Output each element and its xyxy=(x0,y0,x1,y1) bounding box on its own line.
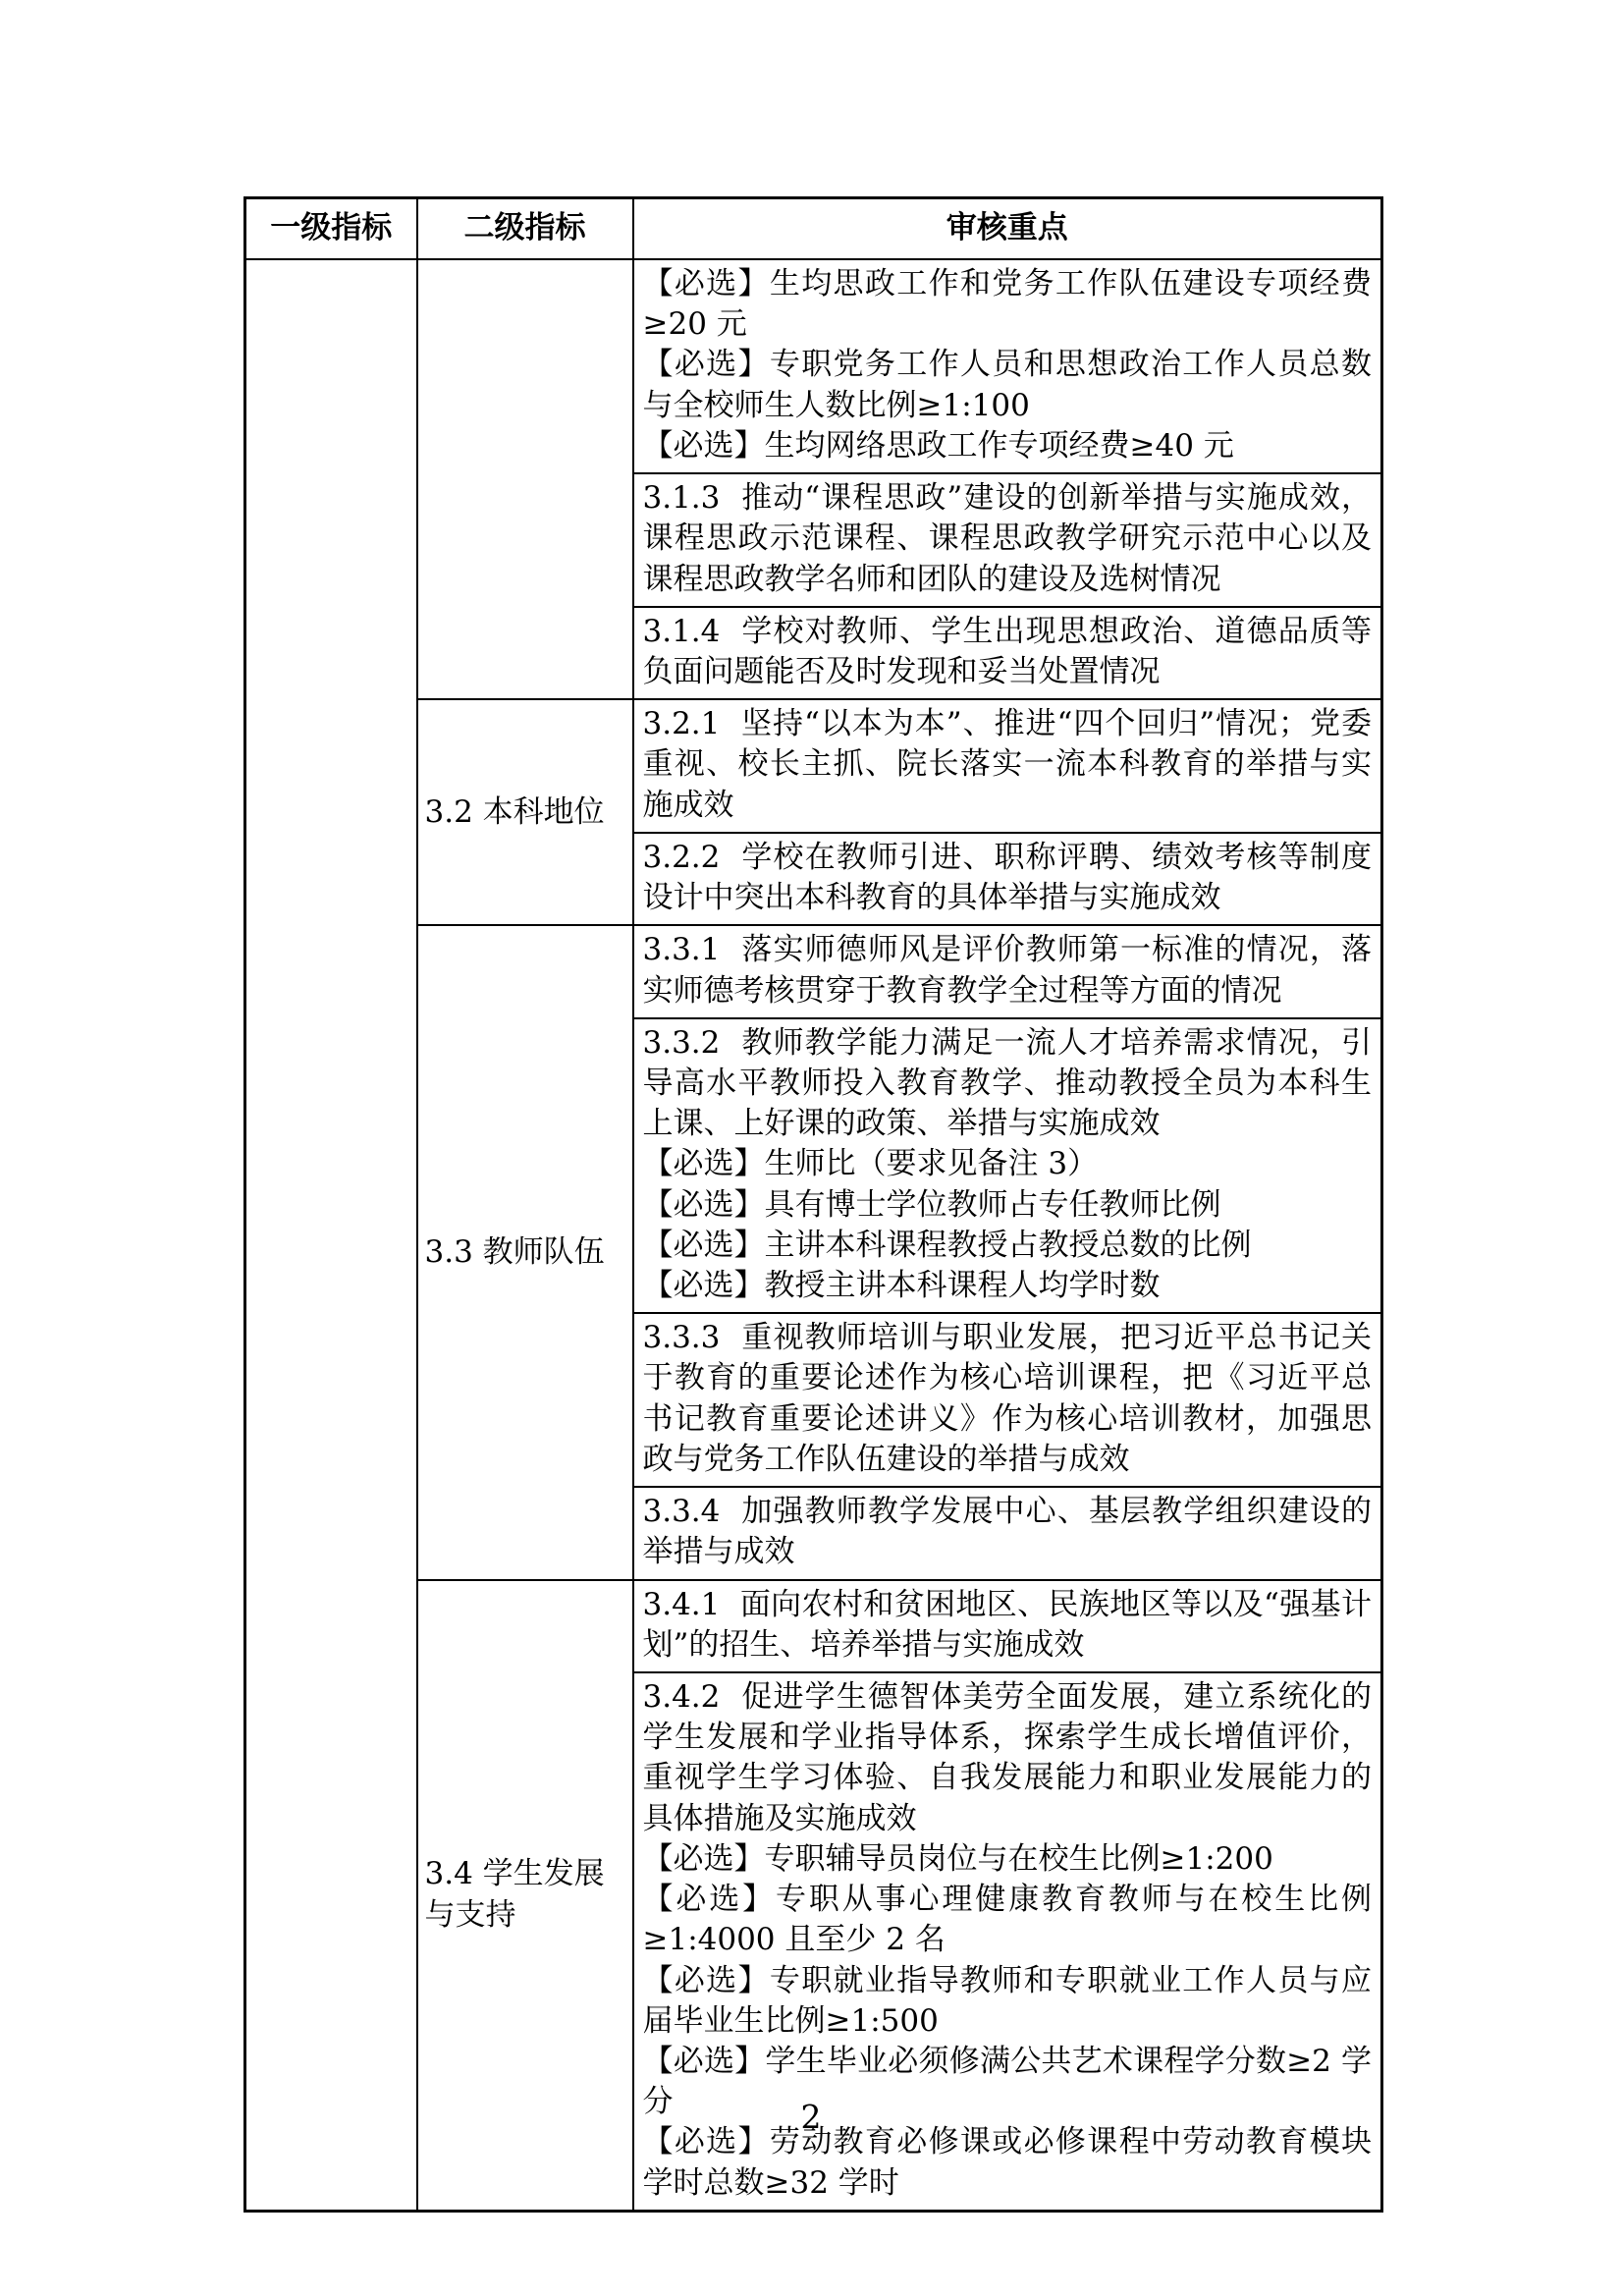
header-review-focus: 审核重点 xyxy=(633,198,1382,260)
header-level2-indicator: 二级指标 xyxy=(417,198,633,260)
review-point-item: 【必选】生均思政工作和党务工作队伍建设专项经费≥20 元 xyxy=(643,264,1373,345)
level1-indicator-cell xyxy=(245,259,417,2211)
review-point-cell: 3.3.4 加强教师教学发展中心、基层教学组织建设的举措与成效 xyxy=(633,1487,1382,1579)
review-point-item: 3.3.3 重视教师培训与职业发展，把习近平总书记关于教育的重要论述作为核心培训… xyxy=(643,1318,1373,1480)
table-header: 一级指标 二级指标 审核重点 xyxy=(245,198,1382,260)
review-point-item: 3.1.3 推动“课程思政”建设的创新举措与实施成效，课程思政示范课程、课程思政… xyxy=(643,478,1373,600)
review-point-cell: 【必选】生均思政工作和党务工作队伍建设专项经费≥20 元【必选】专职党务工作人员… xyxy=(633,259,1382,473)
review-point-item: 【必选】专职从事心理健康教育教师与在校生比例≥1:4000 且至少 2 名 xyxy=(643,1880,1373,1960)
header-level1-indicator: 一级指标 xyxy=(245,198,417,260)
review-point-item: 【必选】专职党务工作人员和思想政治工作人员总数与全校师生人数比例≥1:100 xyxy=(643,345,1373,425)
review-point-item: 3.3.4 加强教师教学发展中心、基层教学组织建设的举措与成效 xyxy=(643,1492,1373,1572)
level2-indicator-cell: 3.3 教师队伍 xyxy=(417,925,633,1579)
review-point-cell: 3.2.2 学校在教师引进、职称评聘、绩效考核等制度设计中突出本科教育的具体举措… xyxy=(633,833,1382,925)
header-row: 一级指标 二级指标 审核重点 xyxy=(245,198,1382,260)
level2-indicator-cell xyxy=(417,259,633,699)
review-point-item: 【必选】生师比（要求见备注 3） xyxy=(643,1144,1373,1184)
review-point-cell: 3.4.1 面向农村和贫困地区、民族地区等以及“强基计划”的招生、培养举措与实施… xyxy=(633,1580,1382,1672)
review-point-cell: 3.3.1 落实师德师风是评价教师第一标准的情况，落实师德考核贯穿于教育教学全过… xyxy=(633,925,1382,1017)
review-point-item: 3.2.2 学校在教师引进、职称评聘、绩效考核等制度设计中突出本科教育的具体举措… xyxy=(643,838,1373,918)
table-body: 【必选】生均思政工作和党务工作队伍建设专项经费≥20 元【必选】专职党务工作人员… xyxy=(245,259,1382,2211)
indicator-table: 一级指标 二级指标 审核重点 【必选】生均思政工作和党务工作队伍建设专项经费≥2… xyxy=(243,196,1383,2213)
review-point-item: 【必选】具有博士学位教师占专任教师比例 xyxy=(643,1185,1373,1226)
level2-indicator-cell: 3.2 本科地位 xyxy=(417,699,633,925)
review-point-item: 3.3.2 教师教学能力满足一流人才培养需求情况，引导高水平教师投入教育教学、推… xyxy=(643,1023,1373,1145)
review-point-cell: 3.2.1 坚持“以本为本”、推进“四个回归”情况；党委重视、校长主抓、院长落实… xyxy=(633,699,1382,833)
review-point-item: 【必选】专职就业指导教师和专职就业工作人员与应届毕业生比例≥1:500 xyxy=(643,1961,1373,2042)
review-point-cell: 3.1.3 推动“课程思政”建设的创新举措与实施成效，课程思政示范课程、课程思政… xyxy=(633,473,1382,607)
review-point-item: 【必选】专职辅导员岗位与在校生比例≥1:200 xyxy=(643,1839,1373,1880)
page-number: 2 xyxy=(0,2098,1622,2137)
review-point-item: 3.1.4 学校对教师、学生出现思想政治、道德品质等负面问题能否及时发现和妥当处… xyxy=(643,612,1373,692)
review-point-item: 3.4.1 面向农村和贫困地区、民族地区等以及“强基计划”的招生、培养举措与实施… xyxy=(643,1585,1373,1666)
review-point-cell: 3.1.4 学校对教师、学生出现思想政治、道德品质等负面问题能否及时发现和妥当处… xyxy=(633,607,1382,699)
document-page: 一级指标 二级指标 审核重点 【必选】生均思政工作和党务工作队伍建设专项经费≥2… xyxy=(0,0,1622,2296)
review-point-item: 3.2.1 坚持“以本为本”、推进“四个回归”情况；党委重视、校长主抓、院长落实… xyxy=(643,704,1373,826)
review-point-item: 【必选】教授主讲本科课程人均学时数 xyxy=(643,1266,1373,1306)
review-point-item: 【必选】生均网络思政工作专项经费≥40 元 xyxy=(643,426,1373,466)
review-point-item: 3.4.2 促进学生德智体美劳全面发展，建立系统化的学生发展和学业指导体系，探索… xyxy=(643,1677,1373,1839)
review-point-cell: 3.3.2 教师教学能力满足一流人才培养需求情况，引导高水平教师投入教育教学、推… xyxy=(633,1018,1382,1314)
review-point-cell: 3.3.3 重视教师培训与职业发展，把习近平总书记关于教育的重要论述作为核心培训… xyxy=(633,1313,1382,1487)
review-point-item: 3.3.1 落实师德师风是评价教师第一标准的情况，落实师德考核贯穿于教育教学全过… xyxy=(643,930,1373,1011)
review-point-item: 【必选】主讲本科课程教授占教授总数的比例 xyxy=(643,1226,1373,1266)
table-row: 【必选】生均思政工作和党务工作队伍建设专项经费≥20 元【必选】专职党务工作人员… xyxy=(245,259,1382,473)
